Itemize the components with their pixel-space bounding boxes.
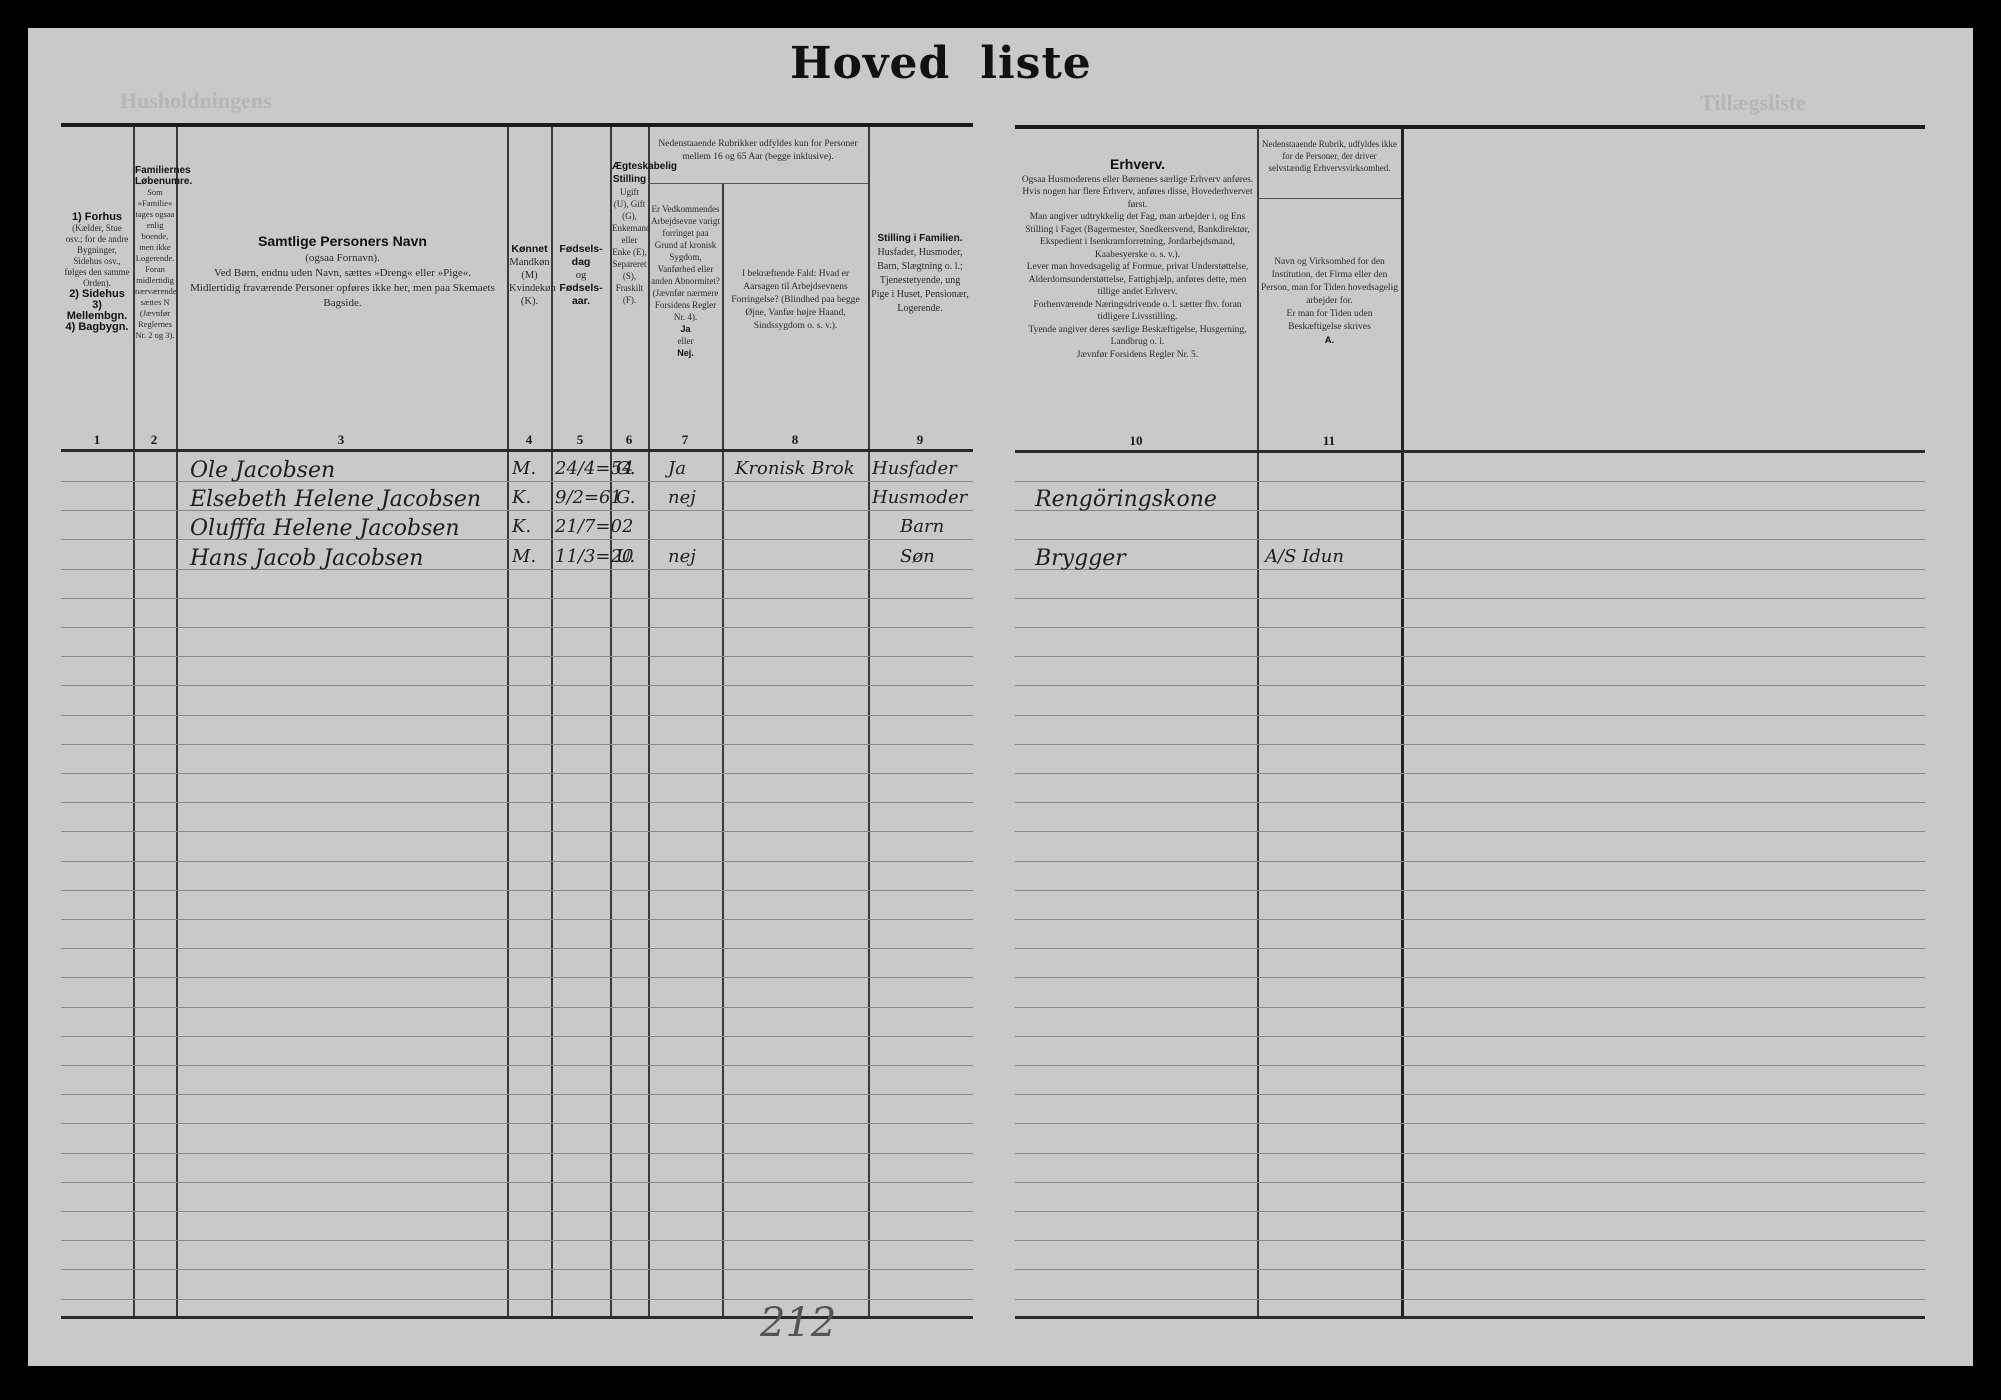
col1-header: 1) Forhus (Kælder, Stue osv.; for de and… xyxy=(63,212,131,333)
entry-disabled: Ja xyxy=(668,458,686,479)
row-rule xyxy=(1015,1211,1925,1212)
row-rule xyxy=(1015,715,1925,716)
col2-header: Familiernes Løbenumre. Som »Familie« tag… xyxy=(135,165,175,341)
entry-birth: 9/2=61 xyxy=(555,487,622,508)
page-title: Hovedliste xyxy=(790,38,1122,89)
col-number: 10 xyxy=(1121,433,1151,449)
row-rule xyxy=(61,598,973,599)
row-rule xyxy=(1015,481,1925,482)
table-bottom-rule xyxy=(1015,1316,1925,1319)
col-number: 1 xyxy=(82,432,112,448)
col11-top-header: Nedenstaaende Rubrik, udfyldes ikke for … xyxy=(1260,138,1399,174)
row-rule xyxy=(61,1065,973,1066)
entry-name: Elsebeth Helene Jacobsen xyxy=(190,487,481,512)
entry-marital: G. xyxy=(616,458,635,479)
row-rule xyxy=(61,627,973,628)
col-number: 4 xyxy=(514,432,544,448)
row-rule xyxy=(61,715,973,716)
header-bottom-rule xyxy=(1015,450,1925,453)
row-rule xyxy=(61,656,973,657)
row-rule xyxy=(61,1036,973,1037)
row-rule xyxy=(1015,627,1925,628)
entry-occupation: Rengöringskone xyxy=(1035,487,1217,512)
col11-header: Navn og Virksomhed for den Institution, … xyxy=(1260,256,1399,348)
row-rule xyxy=(61,1182,973,1183)
row-rule xyxy=(1015,1182,1925,1183)
entry-disabled: nej xyxy=(668,546,696,567)
bleed-through-text: Tillægsliste xyxy=(1700,90,1806,116)
entry-sex: K. xyxy=(512,487,531,508)
row-rule xyxy=(1015,685,1925,686)
row-rule xyxy=(61,802,973,803)
header-bottom-rule xyxy=(61,449,973,452)
entry-disabled: nej xyxy=(668,487,696,508)
col-number: 3 xyxy=(326,432,356,448)
row-rule xyxy=(1015,656,1925,657)
row-rule xyxy=(61,1269,973,1270)
row-rule xyxy=(61,1211,973,1212)
col10-header: Erhverv. Ogsaa Husmoderens eller Børnene… xyxy=(1020,155,1255,361)
row-rule xyxy=(1015,1007,1925,1008)
row-rule xyxy=(1015,1094,1925,1095)
row-rule xyxy=(1015,539,1925,540)
bleed-through-text: Husholdningens xyxy=(120,88,272,114)
group-divider xyxy=(1257,198,1401,199)
row-rule xyxy=(61,890,973,891)
row-rule xyxy=(1015,744,1925,745)
entry-name: Hans Jacob Jacobsen xyxy=(190,546,423,571)
row-rule xyxy=(61,1240,973,1241)
entry-name: Olufffa Helene Jacobsen xyxy=(190,516,460,541)
entry-birth: 21/7=02 xyxy=(555,516,633,537)
row-rule xyxy=(61,744,973,745)
header-rule-left xyxy=(61,123,973,127)
entry-marital: G. xyxy=(616,487,635,508)
entry-sex: K. xyxy=(512,516,531,537)
row-rule xyxy=(1015,1269,1925,1270)
row-rule xyxy=(1015,1153,1925,1154)
census-form-page xyxy=(28,28,1973,1366)
col-divider xyxy=(1257,128,1259,1317)
entry-family-role: Husfader xyxy=(872,458,957,479)
entry-family-role: Søn xyxy=(900,546,935,567)
col8-header: I bekræftende Fald: Hvad er Aarsagen til… xyxy=(725,268,866,333)
col6-header: Ægteskabelig StillingUgift (U), Gift (G)… xyxy=(612,160,647,306)
col-number: 2 xyxy=(139,432,169,448)
entry-family-role: Husmoder xyxy=(872,487,967,508)
row-rule xyxy=(1015,977,1925,978)
col-number: 5 xyxy=(565,432,595,448)
row-rule xyxy=(61,1123,973,1124)
row-rule xyxy=(61,773,973,774)
row-rule xyxy=(1015,1123,1925,1124)
entry-sex: M. xyxy=(512,546,536,567)
col9-header: Stilling i Familien.Husfader, Husmoder, … xyxy=(870,232,970,316)
col-divider xyxy=(722,183,724,1317)
col-number: 6 xyxy=(614,432,644,448)
row-rule xyxy=(61,685,973,686)
row-rule xyxy=(61,831,973,832)
row-rule xyxy=(1015,598,1925,599)
col-number: 11 xyxy=(1314,433,1344,449)
row-rule xyxy=(1015,569,1925,570)
page-number: 212 xyxy=(760,1300,836,1346)
row-rule xyxy=(1015,831,1925,832)
row-rule xyxy=(61,1094,973,1095)
row-rule xyxy=(61,919,973,920)
row-rule xyxy=(1015,1299,1925,1300)
col4-header: KønnetMandkøn (M) Kvindekøn (K). xyxy=(509,243,550,308)
entry-occupation: Brygger xyxy=(1035,546,1126,571)
row-rule xyxy=(61,1007,973,1008)
row-rule xyxy=(61,861,973,862)
row-rule xyxy=(1015,1036,1925,1037)
header-rule-right xyxy=(1015,125,1925,129)
row-rule xyxy=(61,977,973,978)
row-rule xyxy=(1015,890,1925,891)
col-number: 9 xyxy=(905,432,935,448)
entry-marital: U. xyxy=(616,546,635,567)
row-rule xyxy=(1015,1240,1925,1241)
col7-8-group-header: Nedenstaaende Rubrikker udfyldes kun for… xyxy=(650,138,866,164)
entry-family-role: Barn xyxy=(900,516,944,537)
row-rule xyxy=(1015,1065,1925,1066)
col-number: 7 xyxy=(670,432,700,448)
row-rule xyxy=(1015,861,1925,862)
col3-header: Samtlige Personers Navn (ogsaa Fornavn).… xyxy=(180,232,505,311)
entry-cause: Kronisk Brok xyxy=(735,458,855,479)
entry-name: Ole Jacobsen xyxy=(190,458,335,483)
group-divider xyxy=(648,183,868,184)
row-rule xyxy=(1015,919,1925,920)
row-rule xyxy=(1015,948,1925,949)
col5-header: Fødsels-dagogFødsels-aar. xyxy=(553,243,609,308)
row-rule xyxy=(1015,802,1925,803)
row-rule xyxy=(61,1153,973,1154)
col-number: 8 xyxy=(780,432,810,448)
entry-sex: M. xyxy=(512,458,536,479)
row-rule xyxy=(61,948,973,949)
col7-header: Er Vedkommendes Arbejdsevne varigt forri… xyxy=(650,203,721,359)
col-divider xyxy=(176,127,178,1317)
col-divider xyxy=(1401,128,1404,1317)
row-rule xyxy=(1015,773,1925,774)
entry-employer: A/S Idun xyxy=(1265,546,1344,567)
